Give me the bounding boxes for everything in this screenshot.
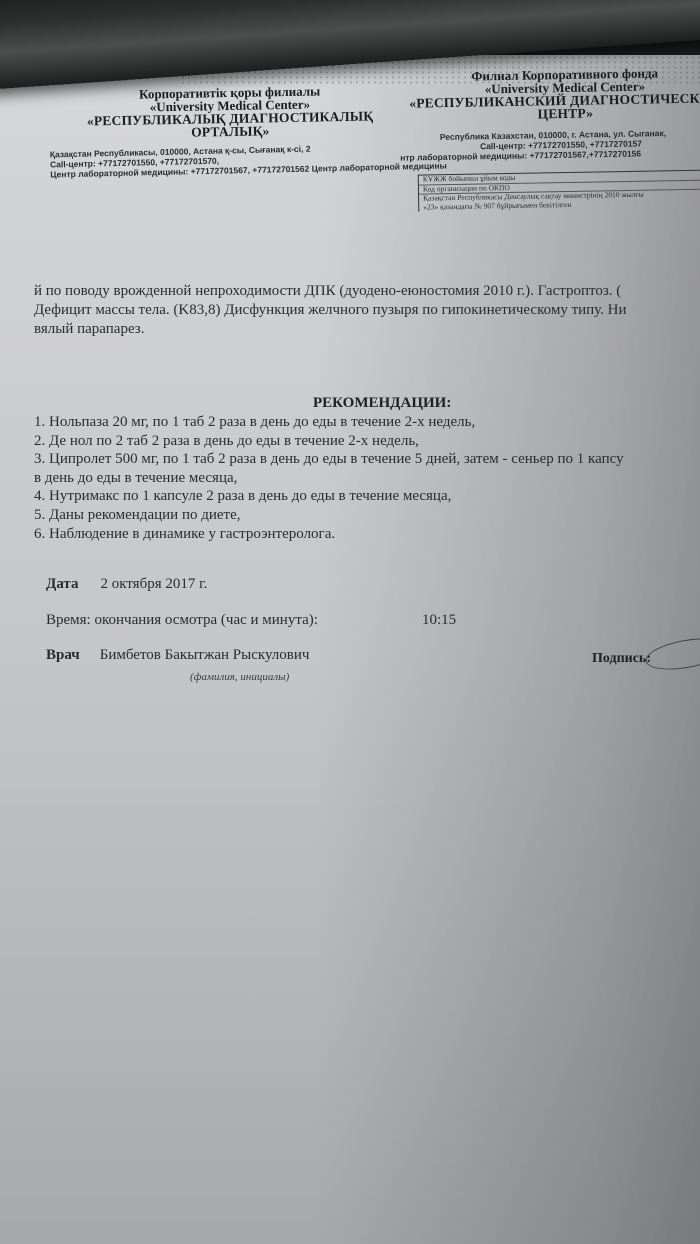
recommendation-item: 4. Нутримакс по 1 капсуле 2 раза в день … — [34, 487, 700, 506]
recommendations-title: РЕКОМЕНДАЦИИ: — [313, 395, 451, 412]
recommendation-item: 3. Ципролет 500 мг, по 1 таб 2 раза в де… — [34, 450, 700, 469]
signature-label: Подпись: — [592, 651, 651, 667]
recommendations-list: 1. Нольпаза 20 мг, по 1 таб 2 раза в ден… — [34, 413, 700, 543]
contact-right: Республика Казахстан, 010000, г. Астана,… — [440, 128, 667, 162]
diagnosis-line: Дефицит массы тела. (K83,8) Дисфункция ж… — [34, 301, 700, 320]
header-right-russian: Филиал Корпоративного фонда «University … — [400, 65, 700, 123]
doctor-label: Врач — [46, 647, 80, 663]
date-row: Дата2 октября 2017 г. — [46, 576, 207, 593]
recommendation-item: 5. Даны рекомендации по диете, — [34, 506, 700, 525]
diagnosis-text: й по поводу врожденной непроходимости ДП… — [34, 282, 700, 339]
diagnosis-line: й по поводу врожденной непроходимости ДП… — [34, 282, 700, 301]
recommendation-item: 6. Наблюдение в динамике у гастроэнтерол… — [34, 525, 700, 544]
recommendation-item: 2. Де нол по 2 таб 2 раза в день до еды … — [34, 432, 700, 451]
recommendation-item: в день до еды в течение месяца, — [34, 469, 700, 488]
doctor-row: ВрачБимбетов Бакытжан Рыскулович — [46, 647, 309, 664]
date-label: Дата — [46, 576, 78, 592]
doctor-hint: (фамилия, инициалы) — [190, 671, 289, 683]
time-label: Время: окончания осмотра (час и минута): — [46, 612, 318, 629]
header-left-kazakh: Корпоративтік қоры филиалы «University M… — [40, 83, 421, 142]
date-value: 2 октября 2017 г. — [100, 576, 207, 592]
organization-code-box: КҰЖЖ бойынша ұйым коды Код организации п… — [418, 169, 700, 211]
time-value: 10:15 — [422, 612, 456, 629]
doctor-name: Бимбетов Бакытжан Рыскулович — [100, 647, 310, 663]
recommendation-item: 1. Нольпаза 20 мг, по 1 таб 2 раза в ден… — [34, 413, 700, 432]
diagnosis-line: вялый парапарез. — [34, 320, 700, 339]
